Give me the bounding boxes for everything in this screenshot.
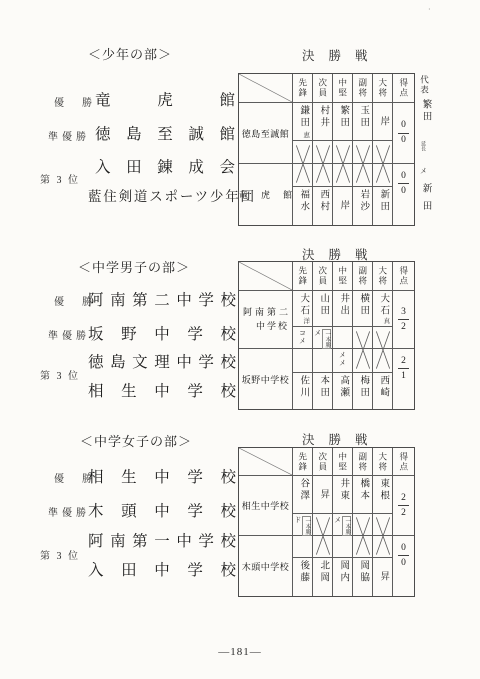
rank-label-first: 優勝 [54, 94, 92, 109]
draw-x-icon [353, 141, 373, 187]
team-name-cell: 相生中学校 [239, 476, 293, 536]
player-cell: 繁田 [333, 103, 353, 141]
win-marks: ド一本勝 [294, 514, 311, 536]
score-cell: 22 [393, 476, 414, 536]
table-corner-cell [239, 448, 293, 476]
rank-label-third: 第3位 [40, 547, 78, 562]
rank-label-third: 第3位 [40, 367, 78, 382]
ippon-kachi-label: 一本勝 [324, 331, 330, 348]
rank-label-second: 準優勝 [48, 128, 86, 143]
player-cell: 橋本 [353, 476, 373, 514]
team-name-cell: 徳島至誠館 [239, 103, 293, 164]
finals-table-youth: 先鋒 次員 中堅 副将 大将 得点 徳島至誠館 竜虎館 鎌田恵 村井 繁田 玉田… [238, 73, 415, 226]
rank-label-first: 優勝 [54, 293, 92, 308]
player-cell: 横田 [353, 291, 373, 327]
score-points: 2 [401, 493, 406, 504]
player-name: 岩沙 [358, 189, 368, 213]
mark-cell: メメ [333, 349, 353, 373]
fraction-bar [398, 133, 409, 134]
score-points: 2 [401, 356, 406, 367]
score-header: 得点 [399, 78, 408, 98]
rank-name: 相生中学校 [88, 379, 236, 401]
player-cell: 本田 [313, 373, 333, 409]
draw-x-icon [293, 141, 313, 187]
diagonal-line-icon [239, 448, 292, 475]
player-name: 昇 [318, 489, 328, 501]
ippon-kachi-label: 一本勝 [304, 518, 310, 535]
player-cell: 岸 [333, 187, 353, 225]
overtime-note: 延長 [420, 141, 425, 151]
player-cell: 昇 [313, 476, 333, 514]
player-name: 後藤 [298, 560, 308, 584]
point-mark: メ [334, 517, 341, 524]
player-cell: 大石洋 [293, 291, 313, 327]
team-name: 徳島至誠館 [242, 127, 290, 140]
player-given-name: 真 [384, 316, 391, 325]
position-header-cell: 副将 [353, 74, 373, 103]
representative-name: 繁田 [420, 99, 430, 123]
player-name: 佐川 [298, 375, 308, 399]
score-points: 0 [401, 543, 406, 554]
mark-cell: コメ [293, 327, 313, 349]
score-cell: 00 [393, 164, 414, 225]
player-name: 大石 [298, 293, 308, 317]
finals-label: 決勝戦 [302, 430, 382, 448]
rank-name: 入田中学校 [88, 558, 236, 580]
team-name: 相生中学校 [242, 499, 290, 512]
score-points: 3 [401, 307, 406, 318]
diagonal-line-icon [239, 262, 292, 290]
team-name: 阿南第二中学校 [241, 306, 290, 333]
draw-x-icon [313, 514, 333, 558]
score-cell: 00 [393, 103, 414, 164]
rank-label-second: 準優勝 [48, 327, 86, 342]
player-name: 谷澤 [298, 478, 308, 502]
position-header-cell: 大将 [373, 74, 393, 103]
mark-cell [313, 349, 333, 373]
section-title-jhs-boys: ＜中学男子の部＞ [78, 257, 190, 276]
player-cell: 山田 [313, 291, 333, 327]
score-wins: 0 [401, 558, 406, 569]
player-name: 鎌田 [298, 105, 308, 129]
team-name: 木頭中学校 [242, 560, 290, 573]
score-cell: 21 [393, 349, 414, 409]
player-cell: 東根 [373, 476, 393, 514]
finals-table-jhs-girls: 先鋒 次員 中堅 副将 大将 得点 相生中学校 木頭中学校 谷澤 昇 井東 橋本… [238, 447, 415, 597]
point-mark: メ [420, 166, 427, 176]
player-name: 本田 [318, 375, 328, 399]
mark-cell: メ一本勝 [333, 514, 353, 536]
rank-name: 木頭中学校 [88, 499, 236, 521]
player-cell: 佐川 [293, 373, 313, 409]
player-name: 梅田 [358, 375, 368, 399]
position-header: 先鋒 [298, 452, 307, 472]
scanned-tournament-results-page: · ＜少年の部＞ 決勝戦 優勝 竜虎館 準優勝 徳島至誠館 入田錬成会 第3位 … [0, 0, 480, 679]
team-name: 坂野中学校 [242, 373, 290, 386]
player-given-name: 恵 [304, 130, 311, 139]
player-cell: 岩沙 [353, 187, 373, 225]
position-header: 先鋒 [298, 266, 307, 286]
position-header-cell: 先鋒 [293, 262, 313, 291]
score-wins: 0 [401, 135, 406, 146]
page-number: ―181― [0, 646, 480, 658]
ippon-kachi-box: 一本勝 [342, 516, 351, 536]
player-name: 高瀬 [338, 375, 348, 399]
point-mark: メ [314, 330, 321, 337]
mark-cell [333, 536, 353, 558]
draw-x-icon [373, 141, 393, 187]
player-cell: 岡内 [333, 558, 353, 596]
player-cell: 大石真 [373, 291, 393, 327]
player-cell: 高瀬 [333, 373, 353, 409]
rank-name: 相生中学校 [88, 465, 236, 487]
position-header-cell: 大将 [373, 448, 393, 476]
score-fraction: 21 [398, 356, 409, 382]
score-wins: 0 [401, 186, 406, 197]
position-header: 副将 [358, 266, 367, 286]
player-cell: 谷澤 [293, 476, 313, 514]
team-name-cell: 木頭中学校 [239, 536, 293, 596]
player-name: 西崎 [378, 375, 388, 399]
section-title-jhs-girls: ＜中学女子の部＞ [80, 431, 192, 450]
score-fraction: 00 [398, 543, 409, 569]
player-name: 井出 [338, 293, 348, 317]
position-header-cell: 次員 [313, 74, 333, 103]
player-cell: 福水 [293, 187, 313, 225]
player-cell: 西村 [313, 187, 333, 225]
position-header: 次員 [318, 78, 327, 98]
mark-cell [293, 349, 313, 373]
position-header-cell: 副将 [353, 448, 373, 476]
team-name-line: 中学校 [241, 320, 290, 334]
player-name: 繁田 [338, 105, 348, 129]
position-header-cell: 先鋒 [293, 448, 313, 476]
score-wins: 2 [401, 322, 406, 333]
position-header: 大将 [378, 452, 387, 472]
rank-label-third: 第3位 [40, 171, 78, 186]
position-header-cell: 中堅 [333, 262, 353, 291]
team-name-line: 阿南第二 [241, 306, 290, 320]
fraction-bar [398, 505, 409, 506]
mark-cell [333, 327, 353, 349]
rank-label-second: 準優勝 [48, 504, 86, 519]
player-cell: 西崎 [373, 373, 393, 409]
player-cell: 玉田 [353, 103, 373, 141]
team-name-cell: 阿南第二中学校 [239, 291, 293, 349]
draw-x-icon [313, 141, 333, 187]
section-title-youth: ＜少年の部＞ [88, 44, 172, 63]
representative-name: 新田 [420, 183, 430, 218]
position-header-cell: 中堅 [333, 74, 353, 103]
player-cell: 村井 [313, 103, 333, 141]
mark-cell [293, 536, 313, 558]
ippon-kachi-box: 一本勝 [302, 516, 311, 536]
scan-speck: · [428, 5, 431, 14]
draw-x-icon [353, 327, 373, 373]
fraction-bar [398, 555, 409, 556]
player-cell: 鎌田恵 [293, 103, 313, 141]
player-name: 井東 [338, 478, 348, 502]
rank-name: 徳島至誠館 [95, 122, 235, 144]
position-header-cell: 中堅 [333, 448, 353, 476]
finals-table-jhs-boys: 先鋒 次員 中堅 副将 大将 得点 阿南第二中学校 坂野中学校 大石洋 山田 井… [238, 261, 415, 410]
position-header-cell: 先鋒 [293, 74, 313, 103]
rank-name: 徳島文理中学校 [88, 350, 236, 372]
draw-x-icon [353, 514, 373, 558]
ippon-kachi-label: 一本勝 [344, 518, 350, 535]
score-fraction: 00 [398, 171, 409, 197]
team-name-cell: 坂野中学校 [239, 349, 293, 409]
draw-x-icon [373, 327, 393, 373]
fraction-bar [398, 368, 409, 369]
player-name: 玉田 [358, 105, 368, 129]
mark-cell: メ一本勝 [313, 327, 333, 349]
player-name: 東根 [378, 478, 388, 502]
win-marks: メメ [338, 351, 348, 367]
player-cell: 後藤 [293, 558, 313, 596]
fraction-bar [398, 183, 409, 184]
player-cell: 井東 [333, 476, 353, 514]
finals-label: 決勝戦 [302, 46, 382, 64]
win-marks: コメ [298, 329, 308, 345]
table-corner-cell [239, 74, 293, 103]
position-header: 中堅 [338, 78, 347, 98]
position-header-cell: 次員 [313, 448, 333, 476]
player-name: 岸 [338, 200, 348, 212]
player-cell: 井出 [333, 291, 353, 327]
score-points: 0 [401, 120, 406, 131]
player-name: 昇 [378, 571, 388, 583]
player-name: 北岡 [318, 560, 328, 584]
player-name: 大石 [378, 293, 388, 317]
fraction-bar [398, 319, 409, 320]
player-name: 岡脇 [358, 560, 368, 584]
player-cell: 新田 [373, 187, 393, 225]
point-mark: ド [294, 517, 301, 524]
rank-name: 入田錬成会 [95, 155, 235, 177]
position-header: 副将 [358, 78, 367, 98]
position-header-cell: 次員 [313, 262, 333, 291]
win-marks: メ一本勝 [334, 514, 351, 536]
player-cell: 岸 [373, 103, 393, 141]
position-header: 中堅 [338, 266, 347, 286]
win-marks: メ一本勝 [314, 327, 331, 349]
player-name: 橋本 [358, 478, 368, 502]
score-fraction: 00 [398, 120, 409, 146]
position-header: 大将 [378, 266, 387, 286]
player-name: 横田 [358, 293, 368, 317]
rank-label-first: 優勝 [54, 470, 92, 485]
player-cell: 梅田 [353, 373, 373, 409]
position-header: 副将 [358, 452, 367, 472]
position-header: 大将 [378, 78, 387, 98]
score-wins: 1 [401, 371, 406, 382]
representative-column: 代表 繁田 延長 メ 新田 [418, 73, 434, 231]
score-fraction: 32 [398, 307, 409, 333]
score-cell: 32 [393, 291, 414, 349]
diagonal-line-icon [239, 74, 292, 102]
team-name-cell: 竜虎館 [239, 164, 293, 225]
score-header-cell: 得点 [393, 448, 414, 476]
player-name: 山田 [318, 293, 328, 317]
player-name: 福水 [298, 189, 308, 213]
score-header-cell: 得点 [393, 74, 414, 103]
score-header: 得点 [399, 452, 408, 472]
position-header: 次員 [318, 266, 327, 286]
draw-x-icon [373, 514, 393, 558]
score-header-cell: 得点 [393, 262, 414, 291]
rank-name: 坂野中学校 [88, 322, 236, 344]
player-name: 新田 [378, 189, 388, 213]
position-header-cell: 大将 [373, 262, 393, 291]
representative-header: 代表 [420, 75, 429, 95]
player-name: 岸 [378, 116, 388, 128]
player-name: 岡内 [338, 560, 348, 584]
rank-name: 阿南第一中学校 [88, 529, 236, 551]
player-given-name: 洋 [304, 316, 311, 325]
player-cell: 岡脇 [353, 558, 373, 596]
position-header: 先鋒 [298, 78, 307, 98]
player-cell: 昇 [373, 558, 393, 596]
position-header-cell: 副将 [353, 262, 373, 291]
position-header: 中堅 [338, 452, 347, 472]
rank-name: 阿南第二中学校 [88, 288, 236, 310]
table-corner-cell [239, 262, 293, 291]
player-cell: 北岡 [313, 558, 333, 596]
rank-name: 竜虎館 [95, 88, 235, 110]
mark-cell: ド一本勝 [293, 514, 313, 536]
draw-x-icon [333, 141, 353, 187]
score-header: 得点 [399, 266, 408, 286]
score-points: 0 [401, 171, 406, 182]
score-fraction: 22 [398, 493, 409, 519]
score-cell: 00 [393, 536, 414, 596]
position-header: 次員 [318, 452, 327, 472]
player-name: 西村 [318, 189, 328, 213]
score-wins: 2 [401, 508, 406, 519]
ippon-kachi-box: 一本勝 [322, 329, 331, 349]
player-name: 村井 [318, 105, 328, 129]
